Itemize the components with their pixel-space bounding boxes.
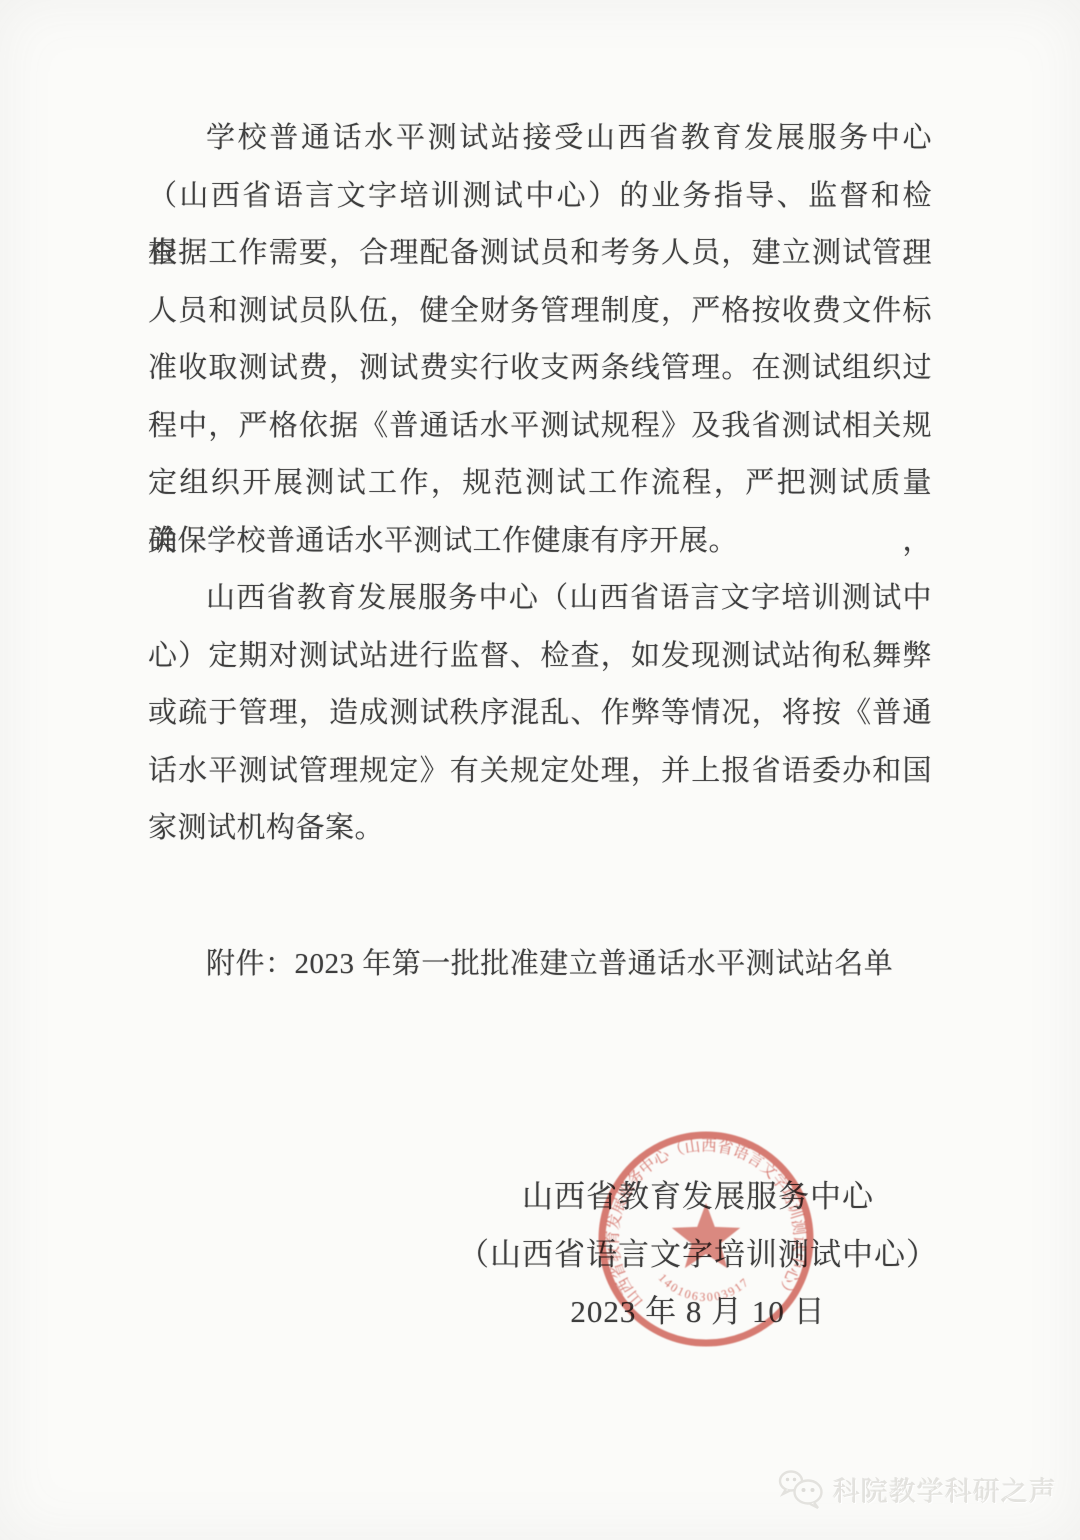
body-line: 山西省教育发展服务中心（山西省语言文字培训测试中 xyxy=(148,570,932,628)
attachment-line: 附件：2023 年第一批批准建立普通话水平测试站名单 xyxy=(148,936,932,994)
body-line: 或疏于管理，造成测试秩序混乱、作弊等情况，将按《普通 xyxy=(148,685,932,743)
body-line: 话水平测试管理规定》有关规定处理，并上报省语委办和国 xyxy=(148,743,932,801)
seal-code: 1401063003917 xyxy=(656,1271,753,1304)
body-line: 家测试机构备案。 xyxy=(148,800,932,858)
watermark: 科院教学科研之声 xyxy=(778,1468,1057,1510)
body-line: 定组织开展测试工作，规范测试工作流程，严把测试质量关， xyxy=(148,455,932,513)
wechat-icon xyxy=(778,1468,826,1510)
body-line: 心）定期对测试站进行监督、检查，如发现测试站徇私舞弊 xyxy=(148,628,932,686)
seal-code-holder: 1401063003917 xyxy=(656,1271,753,1304)
body-line: 人员和测试员队伍，健全财务管理制度，严格按收费文件标 xyxy=(148,283,932,341)
watermark-label: 科院教学科研之声 xyxy=(833,1470,1057,1509)
document-body: 学校普通话水平测试站接受山西省教育发展服务中心 （山西省语言文字培训测试中心）的… xyxy=(148,110,932,993)
body-line: 准收取测试费，测试费实行收支两条线管理。在测试组织过 xyxy=(148,340,932,398)
official-seal: 山西省教育发展服务中心（山西省语言文字培训测试中心） 1401063003917 xyxy=(592,1125,820,1353)
body-line: 程中，严格依据《普通话水平测试规程》及我省测试相关规 xyxy=(148,398,932,456)
body-line: （山西省语言文字培训测试中心）的业务指导、监督和检查。 xyxy=(148,168,932,226)
document-page: 学校普通话水平测试站接受山西省教育发展服务中心 （山西省语言文字培训测试中心）的… xyxy=(0,0,1080,1540)
seal-star-icon xyxy=(672,1203,740,1268)
body-line: 根据工作需要，合理配备测试员和考务人员，建立测试管理 xyxy=(148,225,932,283)
body-line: 学校普通话水平测试站接受山西省教育发展服务中心 xyxy=(148,110,932,168)
